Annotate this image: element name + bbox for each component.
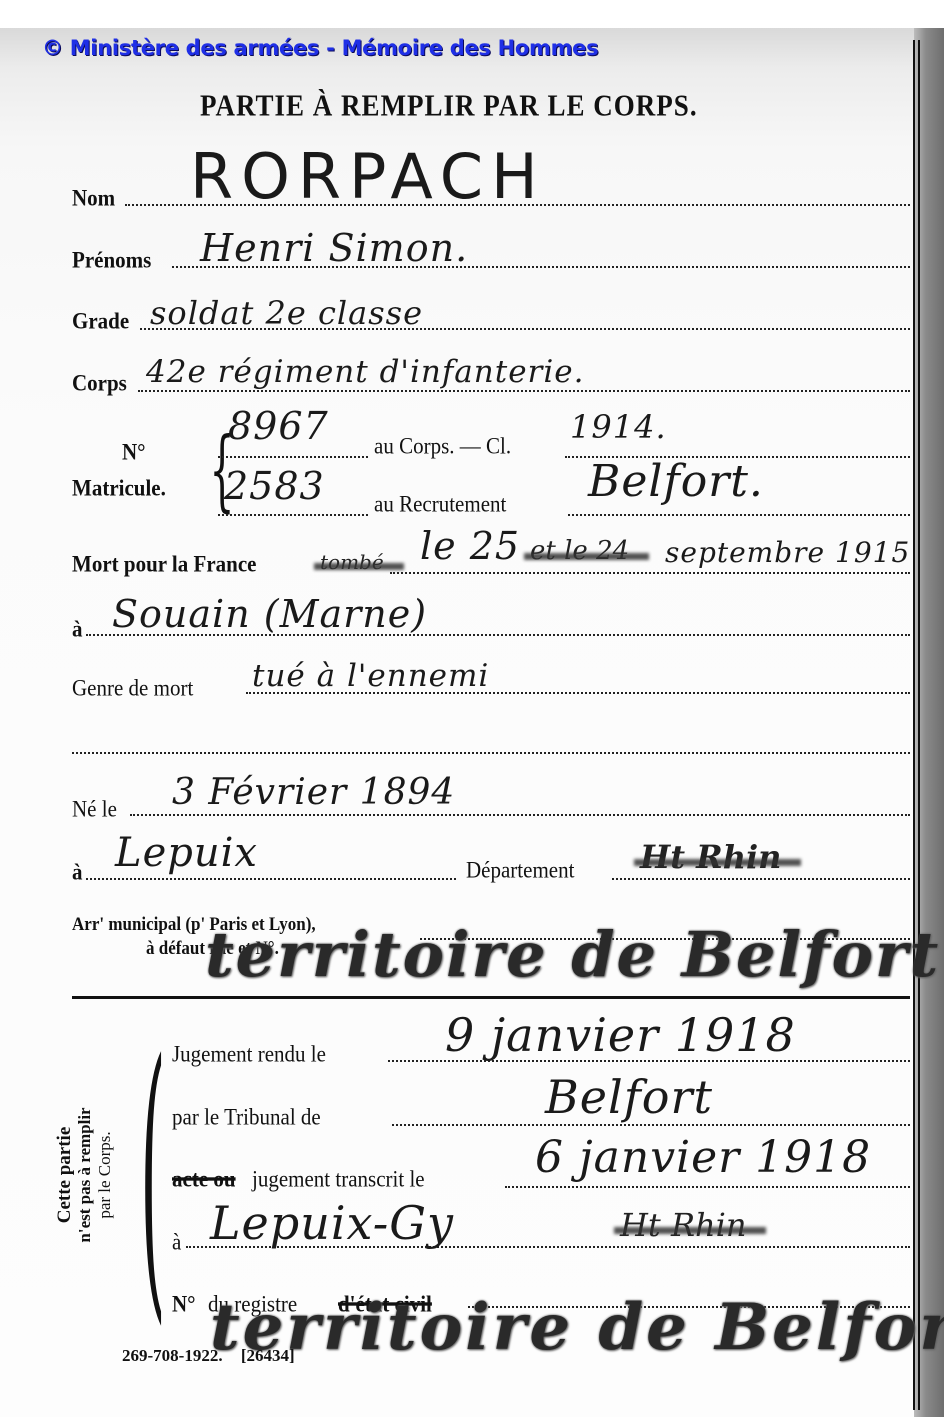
- matricule-label-no: N°: [122, 438, 146, 466]
- corps-line: [138, 390, 910, 392]
- departement-line: [612, 878, 910, 880]
- matricule-label: Matricule.: [72, 474, 166, 502]
- jugement-rendu-value: 9 janvier 1918: [445, 1008, 796, 1062]
- lieu-naissance-label: à: [72, 858, 83, 886]
- lieu-deces-value: Souain (Marne): [112, 592, 427, 636]
- transcrit-label: jugement transcrit le: [252, 1165, 425, 1193]
- mort-struck-mid: et le 24: [530, 536, 629, 566]
- grade-label: Grade: [72, 307, 129, 335]
- side-note-line-1: Cette partie: [55, 1060, 75, 1290]
- arrondissement-value: territoire de Belfort: [205, 918, 940, 991]
- nom-value: RORPACH: [190, 140, 546, 213]
- nom-label: Nom: [72, 184, 115, 212]
- lieu-transcription-struck: Ht Rhin: [620, 1206, 746, 1244]
- lieu-transcription-label: à: [172, 1228, 181, 1256]
- prenoms-value: Henri Simon.: [200, 226, 468, 270]
- au-recrutement-label: au Recrutement: [374, 490, 506, 518]
- copyright-watermark: © Ministère des armées - Mémoire des Hom…: [42, 36, 598, 60]
- departement-label: Département: [466, 856, 574, 884]
- au-corps-label: au Corps. — Cl.: [374, 432, 511, 460]
- corps-value: 42e régiment d'infanterie.: [146, 354, 585, 390]
- section-brace: (: [140, 1036, 166, 1316]
- margin-rule: [913, 40, 915, 1410]
- lieu-transcription-value: Lepuix-Gy: [210, 1196, 454, 1250]
- tribunal-value: Belfort: [545, 1070, 713, 1124]
- mort-line: [390, 572, 910, 574]
- ne-le-value: 3 Février 1894: [172, 772, 455, 813]
- form-title: PARTIE À REMPLIR PAR LE CORPS.: [200, 88, 698, 124]
- margin-rule: [918, 40, 920, 1410]
- side-note-line-3: par le Corps.: [95, 1060, 115, 1290]
- matricule-recrutement-line: [218, 514, 368, 516]
- transcrit-value: 6 janvier 1918: [535, 1132, 871, 1183]
- mort-label: Mort pour la France: [72, 550, 257, 578]
- recrutement-line: [568, 514, 910, 516]
- departement-struck-value: Ht Rhin: [640, 838, 781, 876]
- mort-date: septembre 1915: [665, 536, 910, 569]
- tribunal-line: [392, 1124, 910, 1126]
- tribunal-label: par le Tribunal de: [172, 1103, 321, 1131]
- registre-label-no: N°: [172, 1290, 196, 1318]
- section-divider: [72, 996, 910, 999]
- lieu-deces-label: à: [72, 615, 83, 643]
- matricule-corps-line: [218, 456, 368, 458]
- print-code-number: 269-708-1922.: [122, 1346, 223, 1365]
- registre-value: territoire de Belfort: [210, 1290, 944, 1365]
- corps-label: Corps: [72, 369, 127, 397]
- print-code: 269-708-1922. [26434]: [122, 1346, 295, 1366]
- blank-line: [72, 752, 910, 754]
- ne-le-line: [130, 814, 910, 816]
- genre-mort-label: Genre de mort: [72, 674, 193, 702]
- lieu-naissance-value: Lepuix: [115, 830, 258, 876]
- side-note: Cette partie n'est pas à remplir par le …: [55, 1060, 115, 1290]
- grade-value: soldat 2e classe: [150, 294, 423, 332]
- transcrit-struck-label: acte ou: [172, 1165, 236, 1193]
- prenoms-label: Prénoms: [72, 246, 151, 274]
- recrutement-place: Belfort.: [588, 456, 764, 507]
- genre-mort-value: tué à l'ennemi: [252, 658, 489, 694]
- jugement-rendu-label: Jugement rendu le: [172, 1040, 326, 1068]
- mort-le: le 25: [420, 524, 520, 568]
- transcrit-line: [505, 1186, 910, 1188]
- side-note-line-2: n'est pas à remplir: [75, 1060, 95, 1290]
- classe-value: 1914.: [570, 408, 667, 446]
- lieu-naissance-line: [86, 878, 456, 880]
- matricule-corps-number: 8967: [228, 404, 329, 448]
- print-ref: [26434]: [241, 1346, 295, 1365]
- mort-struck-prefix: tombé: [320, 550, 384, 574]
- matricule-recrutement-number: 2583: [224, 464, 325, 508]
- ne-le-label: Né le: [72, 795, 117, 823]
